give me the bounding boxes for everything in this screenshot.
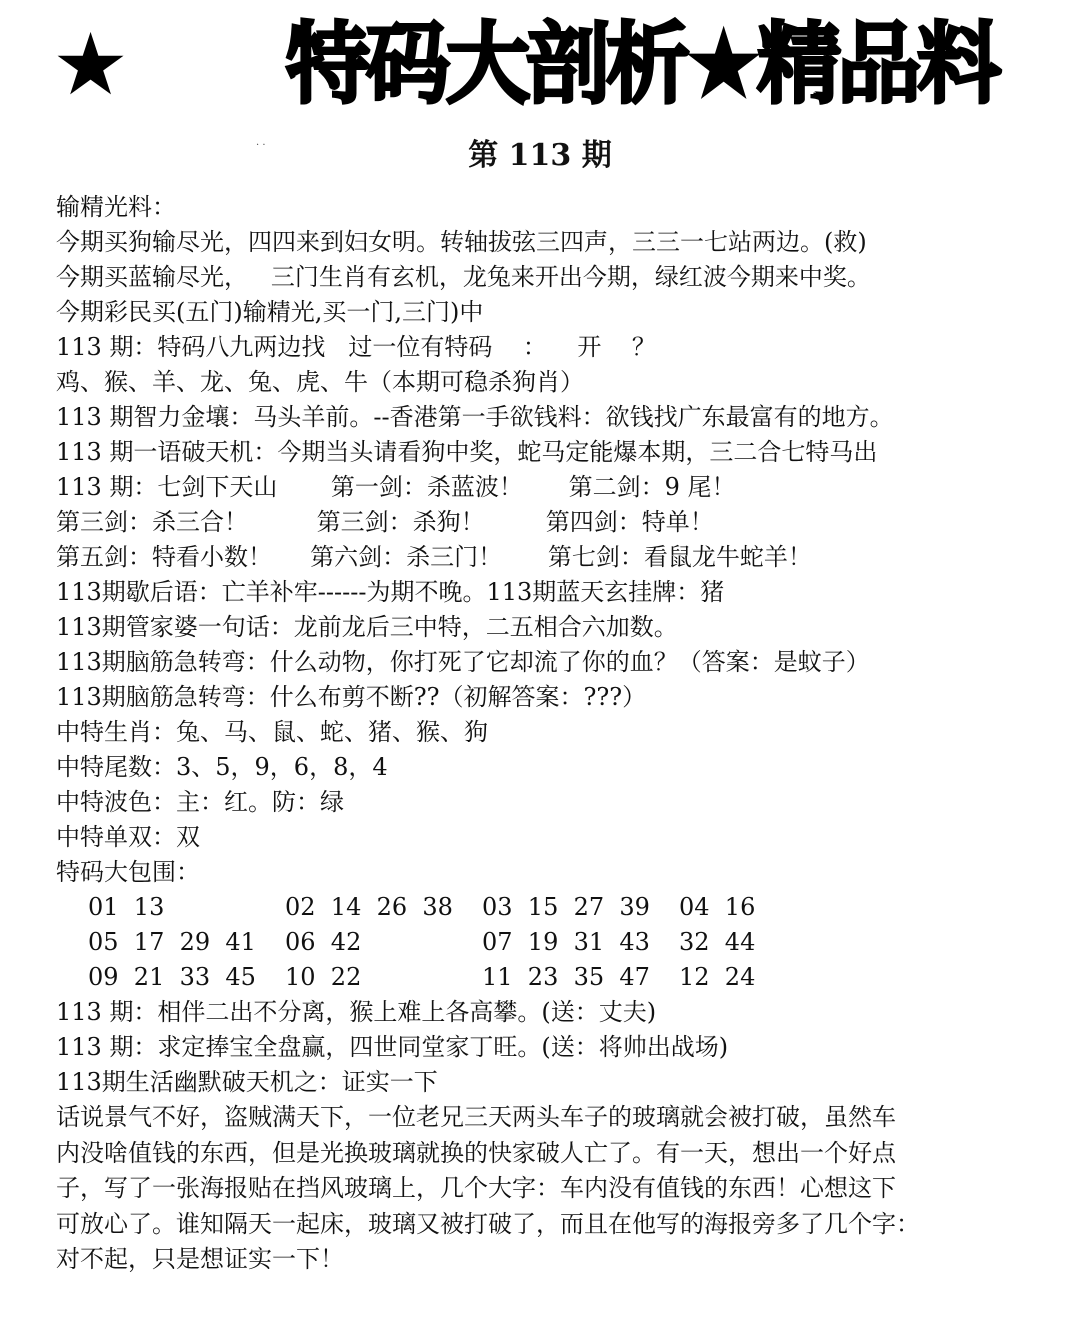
grid-row: 09 21 33 45 10 22 11 23 35 47 12 24 — [88, 960, 1046, 995]
tail-numbers-line: 中特尾数：3、5，9，6，8，4 — [56, 750, 1046, 785]
story-line: 可放心了。谁知隔天一起床，玻璃又被打破了，而且在他写的海报旁多了几个字： — [56, 1207, 1016, 1243]
text-line: 113 期智力金壤：马头羊前。--香港第一手欲钱料：欲钱找广东最富有的地方。 — [56, 400, 1046, 435]
section-heading: 输精光料： — [56, 190, 1046, 225]
story-line: 话说景气不好，盗贼满天下，一位老兄三天两头车子的玻璃就会被打破，虽然车 — [56, 1100, 1016, 1136]
text-line: 今期买狗输尽光，四四来到妇女明。转轴拔弦三四声，三三一七站两边。(救) — [56, 225, 1046, 260]
grid-cell: 06 42 — [285, 925, 482, 960]
issue-number: 第 113 期 — [0, 136, 1080, 176]
grid-cell: 12 24 — [679, 960, 876, 995]
star-icon: ★ — [52, 22, 129, 108]
text-line: 113期管家婆一句话：龙前龙后三中特，二五相合六加数。 — [56, 610, 1046, 645]
grid-row: 05 17 29 41 06 42 07 19 31 43 32 44 — [88, 925, 1046, 960]
text-line: 鸡、猴、羊、龙、兔、虎、牛（本期可稳杀狗肖） — [56, 365, 1046, 400]
grid-cell: 05 17 29 41 — [88, 925, 285, 960]
grid-cell: 02 14 26 38 — [285, 890, 482, 925]
odd-even-line: 中特单双：双 — [56, 820, 1046, 855]
story-line: 子，写了一张海报贴在挡风玻璃上，几个大字：车内没有值钱的东西！心想这下 — [56, 1171, 1016, 1207]
grid-cell: 11 23 35 47 — [482, 960, 679, 995]
sword-line: 113 期：七剑下天山 第一剑：杀蓝波！ 第二剑：9 尾！ — [56, 470, 1046, 505]
grid-cell: 04 16 — [679, 890, 876, 925]
text-line: 今期彩民买(五门)输精光,买一门,三门)中 — [56, 295, 1046, 330]
text-line: 113 期：特码八九两边找 过一位有特码 ： 开 ？ — [56, 330, 1046, 365]
grid-cell: 03 15 27 39 — [482, 890, 679, 925]
text-line: 113期脑筋急转弯：什么布剪不断??（初解答案：???） — [56, 680, 1046, 715]
text-line: 113期脑筋急转弯：什么动物，你打死了它却流了你的血？（答案：是蚊子） — [56, 645, 1046, 680]
grid-cell: 01 13 — [88, 890, 285, 925]
grid-cell: 09 21 33 45 — [88, 960, 285, 995]
number-grid: 01 13 02 14 26 38 03 15 27 39 04 16 05 1… — [88, 890, 1046, 995]
section-heading: 113期生活幽默破天机之：证实一下 — [56, 1065, 1046, 1100]
document-body: 输精光料： 今期买狗输尽光，四四来到妇女明。转轴拔弦三四声，三三一七站两边。(救… — [56, 190, 1046, 1278]
story-line: 内没啥值钱的东西，但是光换玻璃就换的快家破人亡了。有一天，想出一个好点 — [56, 1136, 1016, 1172]
text-line: 113 期一语破天机：今期当头请看狗中奖，蛇马定能爆本期，三二合七特马出 — [56, 435, 1046, 470]
story-line: 对不起，只是想证实一下！ — [56, 1242, 1016, 1278]
sword-line: 第五剑：特看小数！ 第六剑：杀三门！ 第七剑：看鼠龙牛蛇羊！ — [56, 540, 1046, 575]
grid-row: 01 13 02 14 26 38 03 15 27 39 04 16 — [88, 890, 1046, 925]
text-line: 今期买蓝输尽光， 三门生肖有玄机，龙兔来开出今期，绿红波今期来中奖。 — [56, 260, 1046, 295]
zodiac-line: 中特生肖：兔、马、鼠、蛇、猪、猴、狗 — [56, 715, 1046, 750]
text-line: 113 期：求定捧宝全盘赢，四世同堂家丁旺。(送：将帅出战场) — [56, 1030, 1046, 1065]
sword-line: 第三剑：杀三合！ 第三剑：杀狗！ 第四剑：特单！ — [56, 505, 1046, 540]
grid-cell: 32 44 — [679, 925, 876, 960]
grid-cell: 10 22 — [285, 960, 482, 995]
text-line: 113期歇后语：亡羊补牢------为期不晚。113期蓝天玄挂牌：猪 — [56, 575, 1046, 610]
wave-color-line: 中特波色：主：红。防：绿 — [56, 785, 1046, 820]
grid-cell: 07 19 31 43 — [482, 925, 679, 960]
page-title: 特码大剖析★精品料 — [286, 14, 997, 115]
section-heading: 特码大包围： — [56, 855, 1046, 890]
text-line: 113 期：相伴二出不分离，猴上难上各高攀。(送：丈夫) — [56, 995, 1046, 1030]
banner: ★ 特码大剖析★精品料 — [0, 14, 1080, 114]
story-paragraph: 话说景气不好，盗贼满天下，一位老兄三天两头车子的玻璃就会被打破，虽然车 内没啥值… — [56, 1100, 1016, 1278]
